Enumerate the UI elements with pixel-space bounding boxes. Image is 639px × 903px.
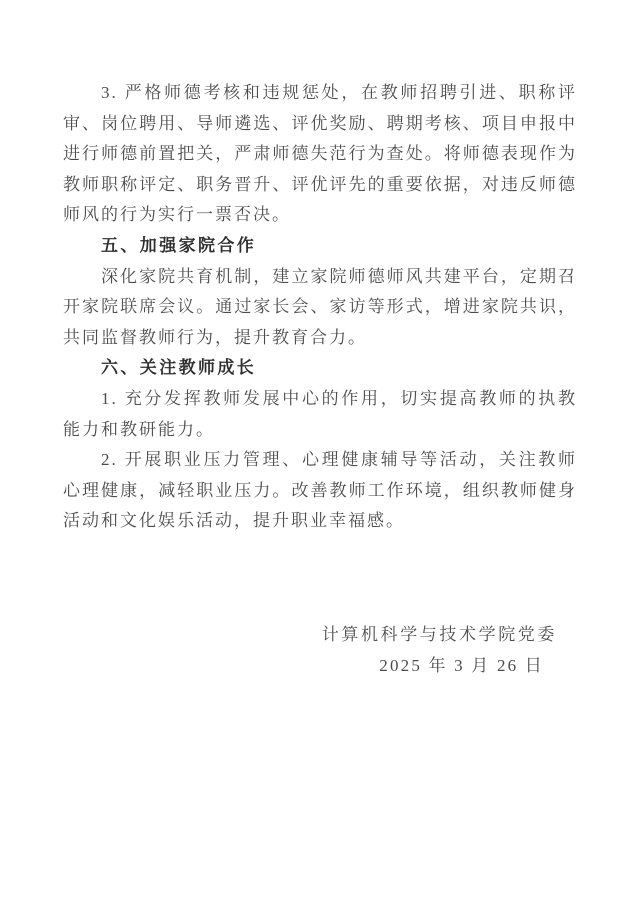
- paragraph-section-6-item-1: 1. 充分发挥教师发展中心的作用，切实提高教师的执教能力和教研能力。: [63, 384, 577, 445]
- section-heading-5-home-school-cooperation: 五、加强家院合作: [63, 231, 577, 262]
- signature-date: 2025 年 3 月 26 日: [63, 651, 577, 682]
- paragraph-section-5-body: 深化家院共育机制，建立家院师德师风共建平台，定期召开家院联席会议。通过家长会、家…: [63, 262, 577, 354]
- document-page: 3. 严格师德考核和违规惩处，在教师招聘引进、职称评审、岗位聘用、导师遴选、评优…: [0, 0, 639, 903]
- document-content: 3. 严格师德考核和违规惩处，在教师招聘引进、职称评审、岗位聘用、导师遴选、评优…: [63, 78, 577, 681]
- signature-block: 计算机科学与技术学院党委 2025 年 3 月 26 日: [63, 620, 577, 681]
- paragraph-section-6-item-2: 2. 开展职业压力管理、心理健康辅导等活动，关注教师心理健康，减轻职业压力。改善…: [63, 445, 577, 537]
- signature-org-name: 计算机科学与技术学院党委: [63, 620, 577, 651]
- paragraph-item-3-strict-ethics-assessment: 3. 严格师德考核和违规惩处，在教师招聘引进、职称评审、岗位聘用、导师遴选、评优…: [63, 78, 577, 231]
- section-heading-6-teacher-growth: 六、关注教师成长: [63, 353, 577, 384]
